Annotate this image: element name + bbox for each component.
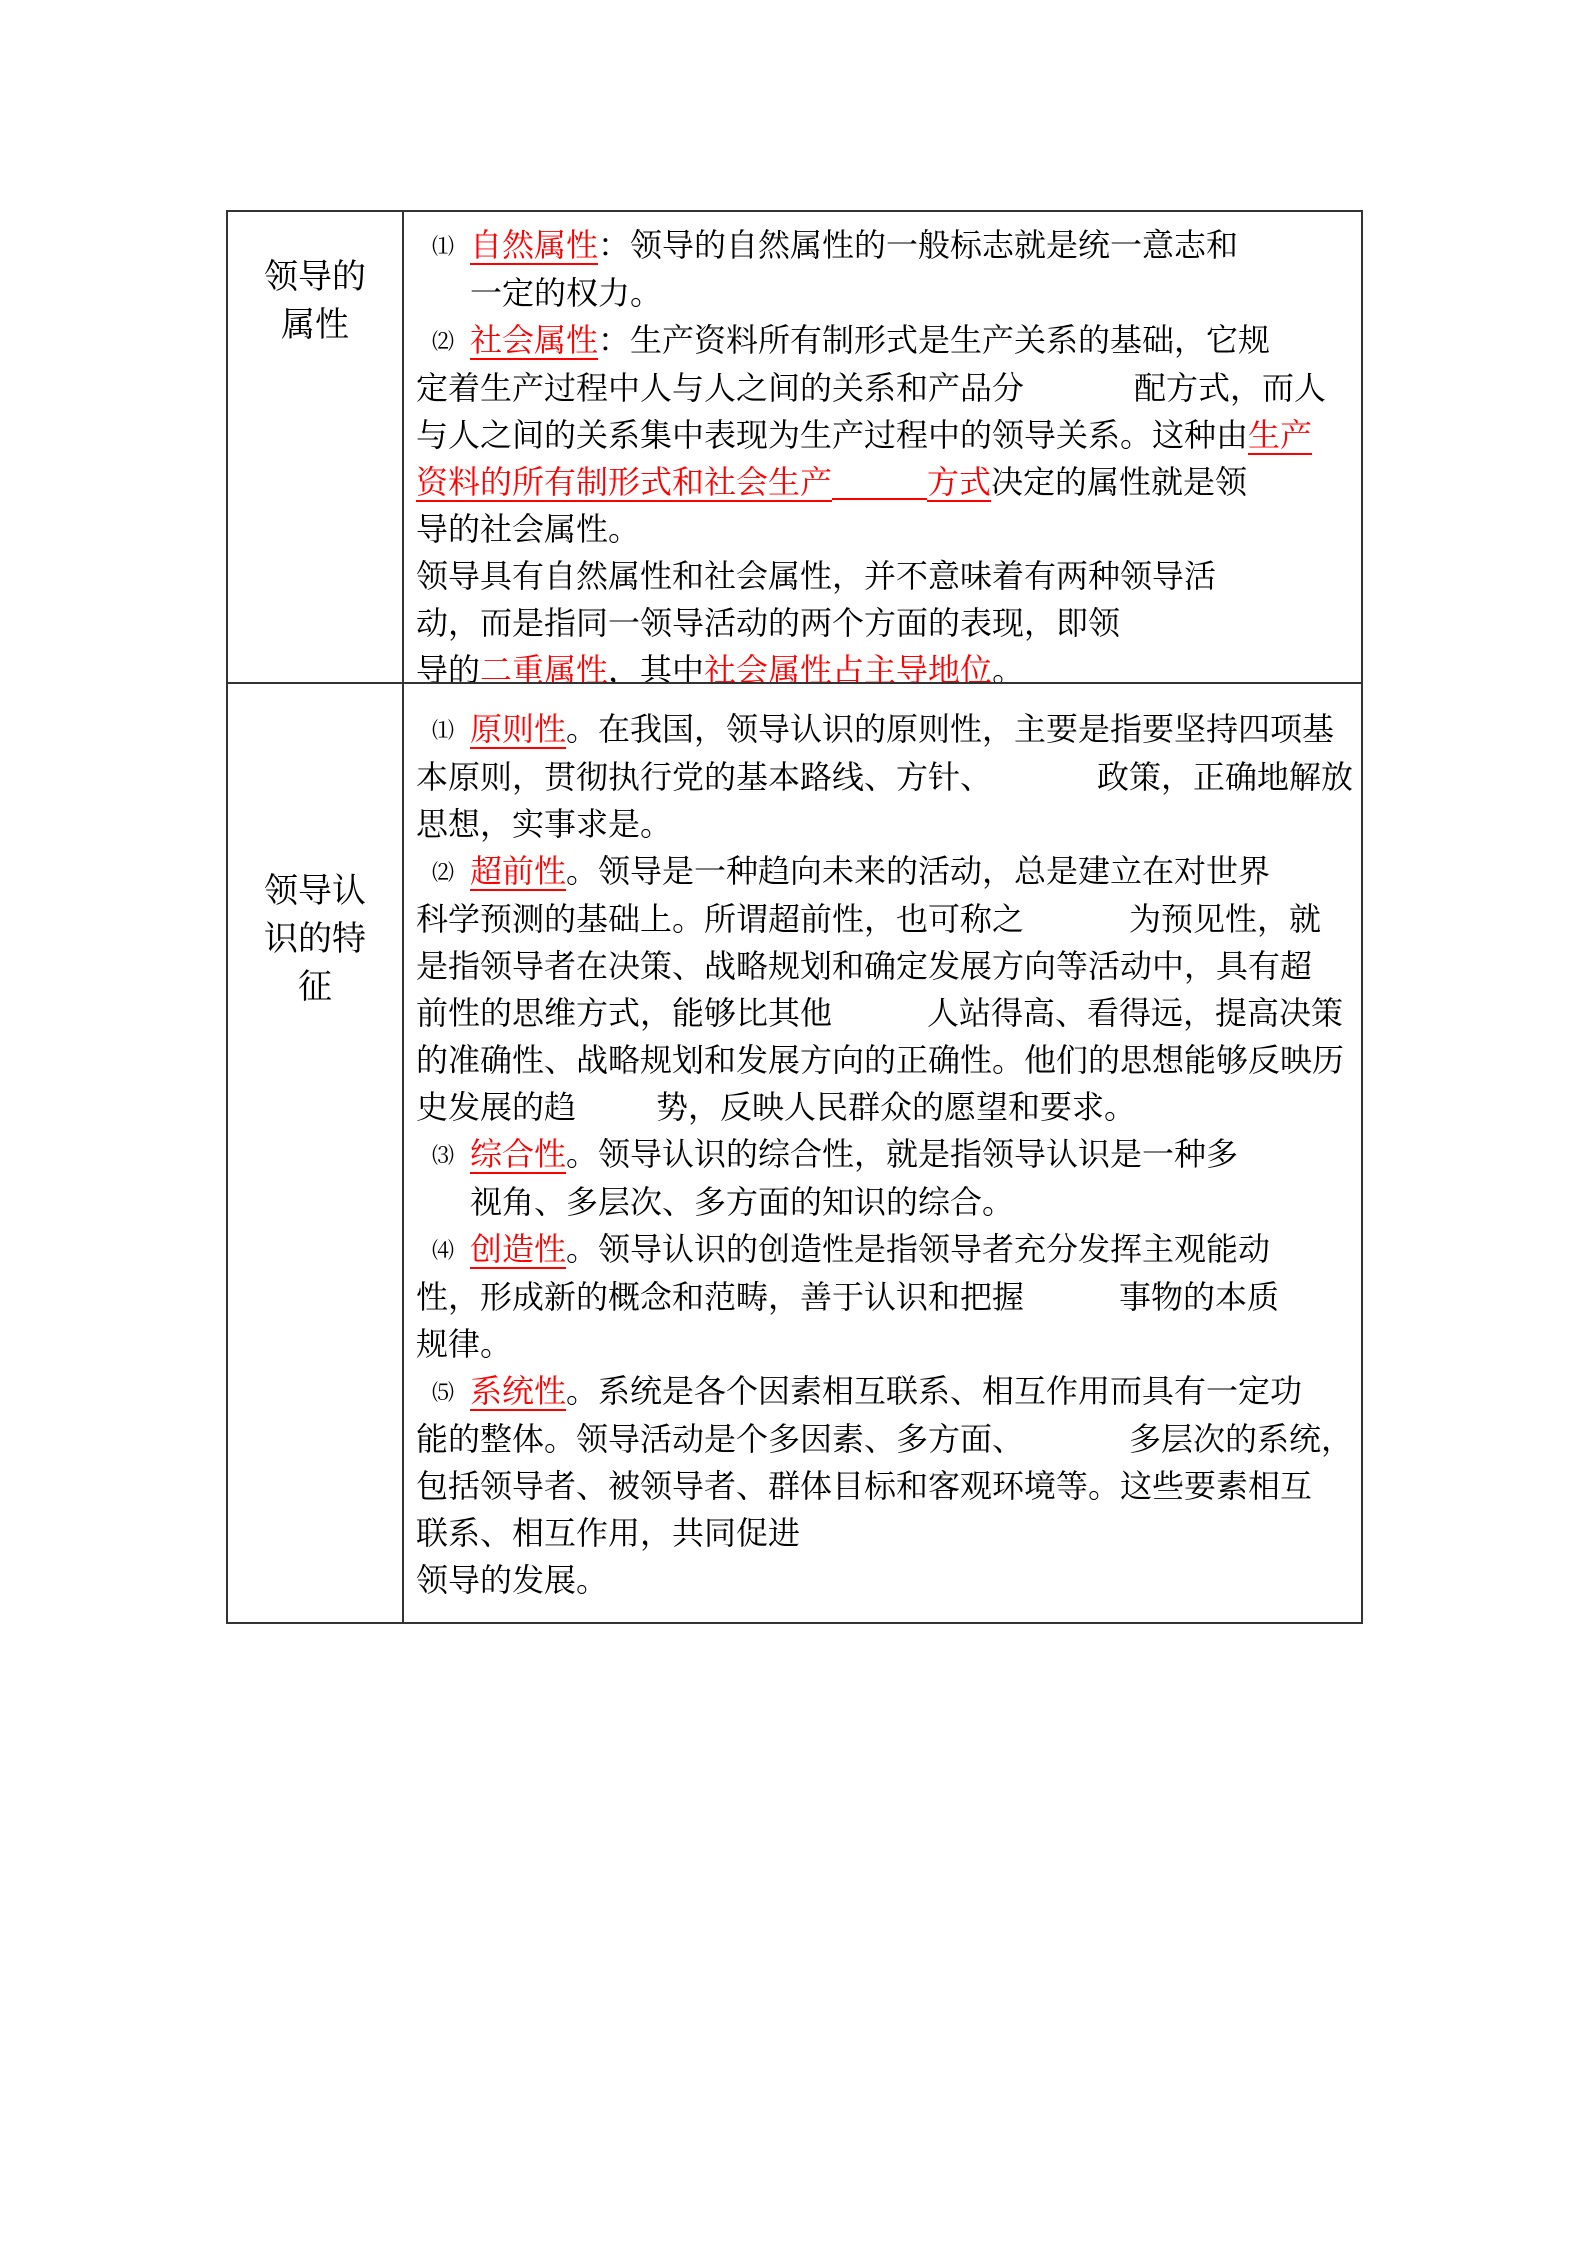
highlighted-term: 资料的所有制形式和社会生产 bbox=[416, 464, 832, 500]
text-segment: 为预见性，就 bbox=[1129, 901, 1321, 937]
justify-gap bbox=[832, 1023, 927, 1024]
text-segment: 动，而是指同一领导活动的两个方面的表现，即领 bbox=[416, 605, 1120, 641]
highlighted-term: 社会属性占主导地位 bbox=[704, 652, 992, 682]
text-line: 的准确性、战略规划和发展方向的正确性。他们的思想能够反映历 bbox=[416, 1037, 1353, 1084]
text-segment: ：生产资料所有制形式是生产关系的基础，它规 bbox=[598, 322, 1270, 358]
row-header-line: 属性 bbox=[228, 302, 402, 350]
text-segment: 。系统是各个因素相互联系、相互作用而具有一定功 bbox=[566, 1373, 1302, 1409]
justify-gap bbox=[576, 1117, 656, 1118]
text-segment: 。在我国，领导认识的原则性，主要是指要坚持四项基 bbox=[566, 711, 1334, 747]
text-segment: 决定的属性就是领 bbox=[991, 464, 1247, 500]
text-line: 联系、相互作用，共同促进 bbox=[416, 1510, 1353, 1557]
row-header-line: 领导认 bbox=[228, 868, 402, 916]
row-header-line: 征 bbox=[228, 964, 402, 1012]
row-content: ⑴自然属性：领导的自然属性的一般标志就是统一意志和一定的权力。⑵社会属性：生产资… bbox=[404, 212, 1361, 682]
justify-gap bbox=[1024, 1449, 1129, 1450]
justify-gap bbox=[1024, 398, 1134, 399]
highlighted-term: 生产 bbox=[1248, 417, 1312, 453]
text-segment: 配方式，而人 bbox=[1134, 370, 1326, 406]
text-line: 领导的发展。 bbox=[416, 1557, 1353, 1604]
text-line: 前性的思维方式，能够比其他人站得高、看得远，提高决策 bbox=[416, 990, 1353, 1037]
text-segment: 领导的发展。 bbox=[416, 1562, 608, 1598]
text-line: 性，形成新的概念和范畴，善于认识和把握事物的本质 bbox=[416, 1274, 1353, 1321]
text-segment: 规律。 bbox=[416, 1326, 512, 1362]
highlighted-term: 原则性 bbox=[470, 711, 566, 747]
item-number: ⑴ bbox=[432, 223, 454, 270]
text-segment: 。 bbox=[992, 652, 1024, 682]
text-line: 导的二重属性，其中社会属性占主导地位。 bbox=[416, 647, 1353, 682]
text-line: 一定的权力。 bbox=[416, 270, 1353, 317]
text-line: 定着生产过程中人与人之间的关系和产品分配方式，而人 bbox=[416, 365, 1353, 412]
text-segment: 一定的权力。 bbox=[470, 275, 662, 311]
text-segment: 是指领导者在决策、战略规划和确定发展方向等活动中，具有超 bbox=[416, 948, 1312, 984]
text-segment: 前性的思维方式，能够比其他 bbox=[416, 995, 832, 1031]
text-segment: 科学预测的基础上。所谓超前性，也可称之 bbox=[416, 901, 1024, 937]
text-segment: 与人之间的关系集中表现为生产过程中的领导关系。这种由 bbox=[416, 417, 1248, 453]
item-number: ⑷ bbox=[432, 1227, 454, 1274]
table-row: 领导认识的特征⑴原则性。在我国，领导认识的原则性，主要是指要坚持四项基本原则，贯… bbox=[228, 684, 1361, 1622]
row-content: ⑴原则性。在我国，领导认识的原则性，主要是指要坚持四项基本原则，贯彻执行党的基本… bbox=[404, 684, 1361, 1622]
text-segment: 定着生产过程中人与人之间的关系和产品分 bbox=[416, 370, 1024, 406]
highlighted-term: 方式 bbox=[927, 464, 991, 500]
text-segment: 领导具有自然属性和社会属性，并不意味着有两种领导活 bbox=[416, 558, 1216, 594]
document-page: 领导的属性⑴自然属性：领导的自然属性的一般标志就是统一意志和一定的权力。⑵社会属… bbox=[0, 0, 1586, 2245]
text-segment: 包括领导者、被领导者、群体目标和客观环境等。这些要素相互 bbox=[416, 1468, 1312, 1504]
text-line: 导的社会属性。 bbox=[416, 506, 1353, 553]
text-line: 是指领导者在决策、战略规划和确定发展方向等活动中，具有超 bbox=[416, 943, 1353, 990]
text-segment: 思想，实事求是。 bbox=[416, 806, 672, 842]
item-number: ⑵ bbox=[432, 849, 454, 896]
row-header: 领导认识的特征 bbox=[228, 684, 404, 1622]
text-segment: 本原则，贯彻执行党的基本路线、方针、 bbox=[416, 759, 992, 795]
text-segment: 能的整体。领导活动是个多因素、多方面、 bbox=[416, 1421, 1024, 1457]
text-line: 能的整体。领导活动是个多因素、多方面、多层次的系统， bbox=[416, 1416, 1353, 1463]
text-line: ⑸系统性。系统是各个因素相互联系、相互作用而具有一定功 bbox=[416, 1368, 1353, 1416]
text-segment: ：领导的自然属性的一般标志就是统一意志和 bbox=[598, 227, 1238, 263]
highlighted-term: 自然属性 bbox=[470, 227, 598, 263]
text-segment: 。领导认识的创造性是指领导者充分发挥主观能动 bbox=[566, 1231, 1270, 1267]
text-segment: 导的社会属性。 bbox=[416, 511, 640, 547]
text-segment: ，其中 bbox=[608, 652, 704, 682]
text-segment: 。领导是一种趋向未来的活动，总是建立在对世界 bbox=[566, 853, 1270, 889]
table-row: 领导的属性⑴自然属性：领导的自然属性的一般标志就是统一意志和一定的权力。⑵社会属… bbox=[228, 212, 1361, 684]
text-line: 思想，实事求是。 bbox=[416, 801, 1353, 848]
text-line: 史发展的趋势，反映人民群众的愿望和要求。 bbox=[416, 1084, 1353, 1131]
highlighted-term: 二重属性 bbox=[480, 652, 608, 682]
text-line: ⑴原则性。在我国，领导认识的原则性，主要是指要坚持四项基 bbox=[416, 706, 1353, 754]
text-segment: 史发展的趋 bbox=[416, 1089, 576, 1125]
text-segment: 。领导认识的综合性，就是指领导认识是一种多 bbox=[566, 1136, 1238, 1172]
justify-gap bbox=[832, 498, 927, 500]
item-number: ⑴ bbox=[432, 707, 454, 754]
item-number: ⑶ bbox=[432, 1132, 454, 1179]
text-segment: 性，形成新的概念和范畴，善于认识和把握 bbox=[416, 1279, 1024, 1315]
item-number: ⑸ bbox=[432, 1369, 454, 1416]
text-line: 视角、多层次、多方面的知识的综合。 bbox=[416, 1179, 1353, 1226]
text-line: 领导具有自然属性和社会属性，并不意味着有两种领导活 bbox=[416, 553, 1353, 600]
text-segment: 多层次的系统， bbox=[1129, 1421, 1353, 1457]
text-segment: 导的 bbox=[416, 652, 480, 682]
text-segment: 视角、多层次、多方面的知识的综合。 bbox=[470, 1184, 1014, 1220]
text-line: ⑴自然属性：领导的自然属性的一般标志就是统一意志和 bbox=[416, 222, 1353, 270]
text-line: 动，而是指同一领导活动的两个方面的表现，即领 bbox=[416, 600, 1353, 647]
text-line: ⑶综合性。领导认识的综合性，就是指领导认识是一种多 bbox=[416, 1131, 1353, 1179]
justify-gap bbox=[1024, 1307, 1119, 1308]
text-segment: 政策，正确地解放 bbox=[1097, 759, 1353, 795]
text-segment: 的准确性、战略规划和发展方向的正确性。他们的思想能够反映历 bbox=[416, 1042, 1344, 1078]
leadership-table: 领导的属性⑴自然属性：领导的自然属性的一般标志就是统一意志和一定的权力。⑵社会属… bbox=[226, 210, 1363, 1624]
text-line: 资料的所有制形式和社会生产方式决定的属性就是领 bbox=[416, 459, 1353, 506]
text-line: 包括领导者、被领导者、群体目标和客观环境等。这些要素相互 bbox=[416, 1463, 1353, 1510]
row-header: 领导的属性 bbox=[228, 212, 404, 682]
text-line: ⑵社会属性：生产资料所有制形式是生产关系的基础，它规 bbox=[416, 317, 1353, 365]
item-number: ⑵ bbox=[432, 318, 454, 365]
text-segment: 势，反映人民群众的愿望和要求。 bbox=[656, 1089, 1136, 1125]
highlighted-term: 创造性 bbox=[470, 1231, 566, 1267]
highlighted-term: 综合性 bbox=[470, 1136, 566, 1172]
text-segment: 联系、相互作用，共同促进 bbox=[416, 1515, 800, 1551]
highlighted-term: 系统性 bbox=[470, 1373, 566, 1409]
text-line: 与人之间的关系集中表现为生产过程中的领导关系。这种由生产 bbox=[416, 412, 1353, 459]
text-line: 本原则，贯彻执行党的基本路线、方针、政策，正确地解放 bbox=[416, 754, 1353, 801]
highlighted-term: 社会属性 bbox=[470, 322, 598, 358]
text-segment: 事物的本质 bbox=[1119, 1279, 1279, 1315]
row-header-line: 领导的 bbox=[228, 254, 402, 302]
highlighted-term: 超前性 bbox=[470, 853, 566, 889]
text-line: 科学预测的基础上。所谓超前性，也可称之为预见性，就 bbox=[416, 896, 1353, 943]
text-line: ⑵超前性。领导是一种趋向未来的活动，总是建立在对世界 bbox=[416, 848, 1353, 896]
text-segment: 人站得高、看得远，提高决策 bbox=[927, 995, 1343, 1031]
text-line: 规律。 bbox=[416, 1321, 1353, 1368]
row-header-line: 识的特 bbox=[228, 916, 402, 964]
text-line: ⑷创造性。领导认识的创造性是指领导者充分发挥主观能动 bbox=[416, 1226, 1353, 1274]
justify-gap bbox=[1024, 929, 1129, 930]
justify-gap bbox=[992, 787, 1097, 788]
